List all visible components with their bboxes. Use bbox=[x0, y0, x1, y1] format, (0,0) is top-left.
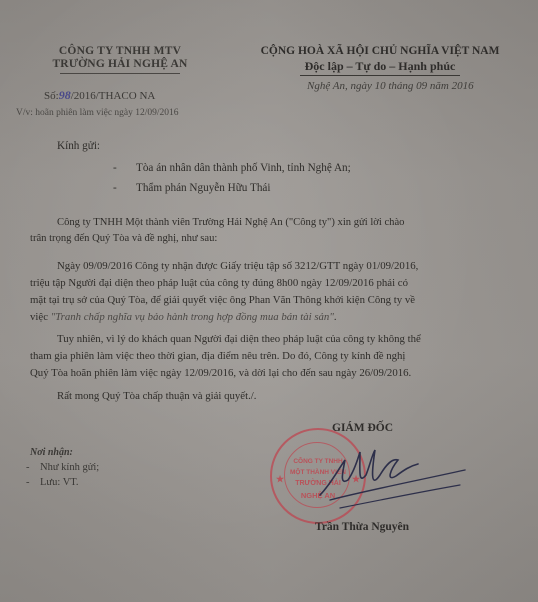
para3-line1: Tuy nhiên, vì lý do khách quan Người đại… bbox=[57, 333, 421, 345]
national-motto: Độc lập – Tự do – Hạnh phúc bbox=[230, 59, 530, 74]
recipient-bullet: - bbox=[113, 182, 117, 194]
recipients-title: Nơi nhận: bbox=[30, 447, 73, 458]
company-header: CÔNG TY TNHH MTV TRƯỜNG HẢI NGHỆ AN bbox=[30, 45, 210, 74]
company-name-line2: TRƯỜNG HẢI NGHỆ AN bbox=[30, 58, 210, 71]
national-title: CỘNG HOÀ XÃ HỘI CHỦ NGHĨA VIỆT NAM bbox=[230, 45, 530, 57]
recipient-court: Tòa án nhân dân thành phố Vinh, tỉnh Ngh… bbox=[136, 162, 351, 174]
para2-last-prefix: việc bbox=[30, 311, 51, 323]
para2-line1: Ngày 09/09/2016 Công ty nhận được Giấy t… bbox=[57, 260, 418, 272]
document-subject: V/v: hoãn phiên làm việc ngày 12/09/2016 bbox=[16, 108, 179, 118]
para2-line4: việc "Tranh chấp nghĩa vụ bảo hành trong… bbox=[30, 311, 337, 323]
motto-divider bbox=[300, 75, 460, 76]
handwritten-signature bbox=[300, 440, 470, 520]
doc-number-suffix: /2016/THACO NA bbox=[71, 90, 156, 102]
recipients-bullet: - bbox=[26, 477, 30, 488]
place-date: Nghệ An, ngày 10 tháng 09 năm 2016 bbox=[307, 80, 474, 92]
scanned-letter: CÔNG TY TNHH MTV TRƯỜNG HẢI NGHỆ AN Số:9… bbox=[0, 0, 538, 602]
recipient-judge: Thẩm phán Nguyễn Hữu Thái bbox=[136, 182, 271, 194]
doc-number-handwritten: 98 bbox=[59, 88, 71, 102]
closing-sentence: Rất mong Quý Tòa chấp thuận và giải quyế… bbox=[57, 390, 257, 402]
recipients-item: Như kính gửi; bbox=[40, 462, 99, 473]
recipient-bullet: - bbox=[113, 162, 117, 174]
para2-line2: triệu tập Người đại diện theo pháp luật … bbox=[30, 277, 408, 289]
para1-line1: Công ty TNHH Một thành viên Trường Hải N… bbox=[57, 217, 404, 228]
doc-number-prefix: Số: bbox=[44, 90, 59, 102]
salutation-label: Kính gửi: bbox=[57, 140, 100, 152]
para2-line3: mặt tại trụ sở của Quý Tòa, để giải quyế… bbox=[30, 294, 415, 306]
recipients-bullet: - bbox=[26, 462, 30, 473]
header-divider bbox=[60, 73, 180, 74]
para1-line2: trân trọng đến Quý Tòa và đề nghị, như s… bbox=[30, 233, 217, 244]
signatory-title: GIÁM ĐỐC bbox=[332, 422, 393, 434]
para3-line3: Quý Tòa hoãn phiên làm việc ngày 12/09/2… bbox=[30, 367, 411, 379]
national-header: CỘNG HOÀ XÃ HỘI CHỦ NGHĨA VIỆT NAM Độc l… bbox=[230, 45, 530, 76]
para3-line2: tham gia phiên làm việc theo thời gian, … bbox=[30, 350, 405, 362]
company-name-line1: CÔNG TY TNHH MTV bbox=[30, 45, 210, 58]
signatory-name: Trần Thừa Nguyên bbox=[315, 521, 409, 533]
dispute-title: "Tranh chấp nghĩa vụ bảo hành trong hợp … bbox=[51, 311, 334, 323]
recipients-item: Lưu: VT. bbox=[40, 477, 79, 488]
para2-last-suffix: . bbox=[334, 311, 337, 323]
document-number: Số:98/2016/THACO NA bbox=[44, 88, 155, 103]
